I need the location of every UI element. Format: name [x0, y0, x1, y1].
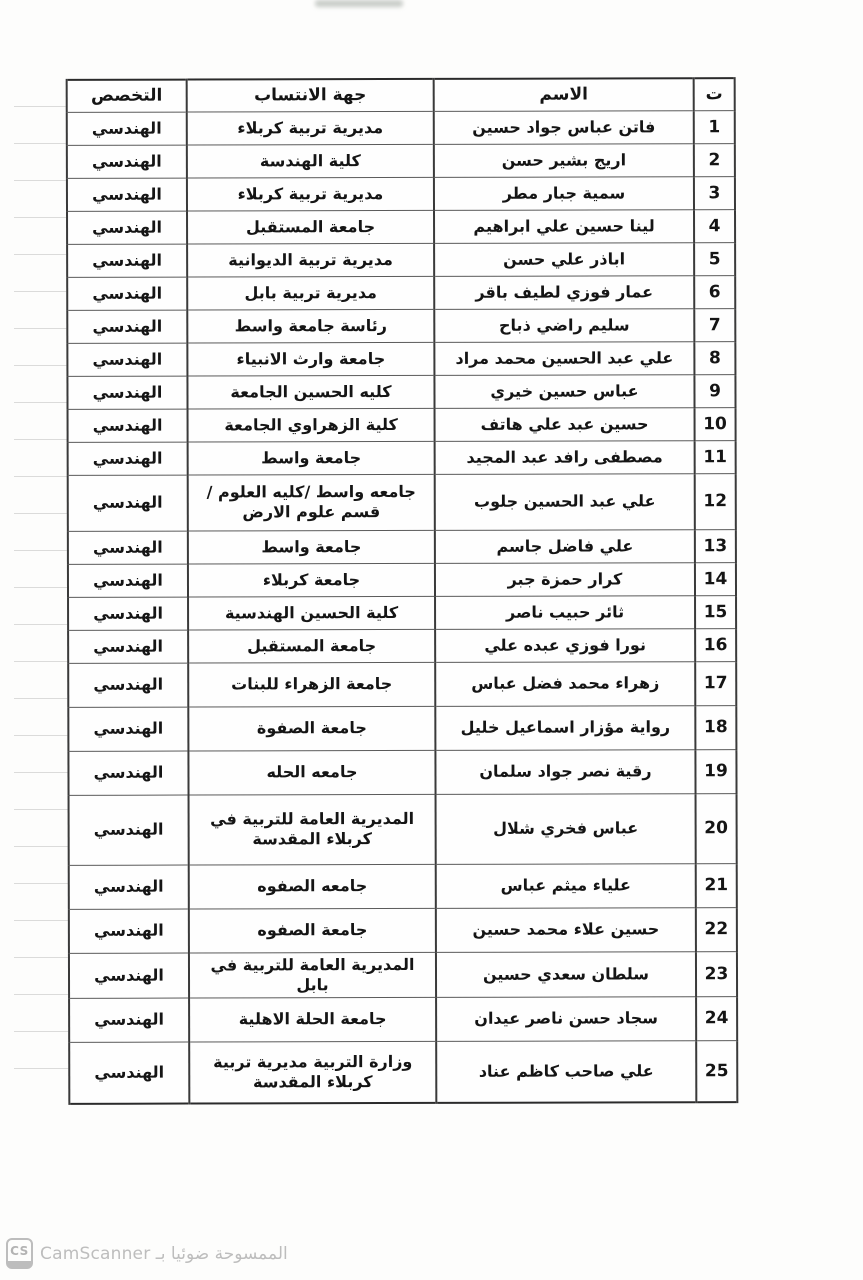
table-row: 7سليم راضي ذباحرئاسة جامعة واسطالهندسي	[67, 308, 735, 343]
cell-specialty: الهندسي	[67, 145, 187, 178]
cell-index: 16	[695, 628, 736, 661]
cell-index: 11	[695, 440, 736, 473]
cell-index: 12	[695, 473, 736, 529]
scanned-document: ت الاسم جهة الانتساب التخصص 1فاتن عباس ج…	[0, 0, 863, 1280]
cell-name: عمار فوزي لطيف باقر	[434, 275, 694, 309]
cell-index: 15	[695, 595, 736, 628]
cell-name: فاتن عباس جواد حسين	[434, 110, 694, 144]
cell-specialty: الهندسي	[67, 112, 187, 145]
cell-name: علياء ميثم عباس	[436, 863, 696, 908]
table-row: 18رواية مؤزار اسماعيل خليلجامعة الصفوةال…	[68, 705, 736, 751]
table-row: 14كرار حمزة جبرجامعة كربلاءالهندسي	[68, 562, 736, 597]
cell-name: رواية مؤزار اسماعيل خليل	[435, 705, 695, 750]
cell-name: علي عبد الحسين محمد مراد	[434, 341, 694, 375]
cell-specialty: الهندسي	[69, 865, 189, 909]
cell-index: 2	[694, 143, 735, 176]
cell-name: علي عبد الحسين جلوب	[435, 473, 695, 530]
cell-name: حسين علاء محمد حسين	[436, 907, 696, 952]
cell-affiliation: جامعة الصفوه	[189, 908, 436, 953]
camscanner-watermark-text: الممسوحة ضوئيا بـ CamScanner	[40, 1244, 288, 1264]
cell-name: ثائر حبيب ناصر	[435, 595, 695, 629]
cell-affiliation: المديرية العامة للتربية في كربلاء المقدس…	[189, 794, 436, 865]
cell-index: 13	[695, 529, 736, 562]
table-row: 3سمية جبار مطرمديرية تربية كربلاءالهندسي	[67, 176, 735, 211]
cell-index: 3	[694, 176, 735, 209]
cell-index: 8	[694, 341, 735, 374]
cell-affiliation: جامعه الصفوه	[189, 864, 436, 909]
cell-affiliation: جامعة الحلة الاهلية	[189, 997, 436, 1042]
table-row: 2اريج بشير حسنكلية الهندسةالهندسي	[67, 143, 735, 178]
cell-affiliation: جامعة المستقبل	[187, 210, 434, 244]
table-row: 19رقية نصر جواد سلمانجامعه الحلهالهندسي	[68, 749, 736, 795]
cell-affiliation: كلية الزهراوي الجامعة	[188, 408, 435, 442]
cell-affiliation: وزارة التربية مديرية تربية كربلاء المقدس…	[189, 1041, 436, 1104]
cell-affiliation: مديرية تربية بابل	[187, 276, 434, 310]
cell-affiliation: كليه الحسين الجامعة	[187, 375, 434, 409]
table-row: 11مصطفى رافد عبد المجيدجامعة واسطالهندسي	[68, 440, 736, 475]
cell-specialty: الهندسي	[67, 343, 187, 376]
camscanner-watermark: CS الممسوحة ضوئيا بـ CamScanner	[6, 1238, 288, 1269]
cell-specialty: الهندسي	[67, 211, 187, 244]
cell-specialty: الهندسي	[67, 376, 187, 409]
cell-name: علي صاحب كاظم عناد	[436, 1040, 696, 1103]
cell-affiliation: كلية الهندسة	[187, 144, 434, 178]
table-row: 5اباذر علي حسنمديرية تربية الديوانيةالهن…	[67, 242, 735, 277]
cell-affiliation: المديرية العامة للتربية في بابل	[189, 952, 436, 998]
cell-specialty: الهندسي	[67, 310, 187, 343]
cell-affiliation: جامعة الزهراء للبنات	[188, 662, 435, 707]
cell-name: سلطان سعدي حسين	[436, 951, 696, 997]
cell-affiliation: مديرية تربية كربلاء	[187, 177, 434, 211]
cell-affiliation: جامعة المستقبل	[188, 629, 435, 663]
cell-specialty: الهندسي	[68, 707, 188, 751]
header-name: الاسم	[434, 78, 694, 111]
cell-specialty: الهندسي	[68, 597, 188, 630]
roster-table-head: ت الاسم جهة الانتساب التخصص	[67, 78, 735, 112]
cell-affiliation: جامعة وارث الانبياء	[187, 342, 434, 376]
cell-index: 22	[696, 907, 737, 951]
cell-affiliation: جامعة كربلاء	[188, 563, 435, 597]
cell-specialty: الهندسي	[69, 795, 189, 865]
cell-index: 10	[695, 407, 736, 440]
table-row: 8علي عبد الحسين محمد مرادجامعة وارث الان…	[67, 341, 735, 376]
cell-index: 21	[696, 863, 737, 907]
cell-index: 14	[695, 562, 736, 595]
scan-artifact-margin-lines	[14, 106, 70, 1091]
cell-name: رقية نصر جواد سلمان	[435, 749, 695, 794]
cell-affiliation: مديرية تربية الديوانية	[187, 243, 434, 277]
cell-specialty: الهندسي	[67, 244, 187, 277]
cell-name: كرار حمزة جبر	[435, 562, 695, 596]
cell-index: 25	[696, 1040, 737, 1102]
cell-specialty: الهندسي	[67, 178, 187, 211]
cell-specialty: الهندسي	[68, 442, 188, 475]
table-row: 21علياء ميثم عباسجامعه الصفوهالهندسي	[69, 863, 737, 909]
cell-name: لينا حسين علي ابراهيم	[434, 209, 694, 243]
cell-specialty: الهندسي	[68, 630, 188, 663]
cell-index: 17	[695, 661, 736, 705]
cell-specialty: الهندسي	[69, 998, 189, 1042]
table-row: 6عمار فوزي لطيف باقرمديرية تربية بابلاله…	[67, 275, 735, 310]
cell-name: عباس فخري شلال	[436, 793, 696, 864]
cell-affiliation: جامعة الصفوة	[188, 706, 435, 751]
camscanner-logo-icon: CS	[6, 1238, 33, 1269]
table-row: 22حسين علاء محمد حسينجامعة الصفوهالهندسي	[69, 907, 737, 953]
table-row: 1فاتن عباس جواد حسينمديرية تربية كربلاءا…	[67, 110, 735, 145]
table-row: 16نورا فوزي عبده عليجامعة المستقبلالهندس…	[68, 628, 736, 663]
cell-name: زهراء محمد فضل عباس	[435, 661, 695, 706]
cell-name: نورا فوزي عبده علي	[435, 628, 695, 662]
table-row: 9عباس حسين خيريكليه الحسين الجامعةالهندس…	[67, 374, 735, 409]
cell-name: اريج بشير حسن	[434, 143, 694, 177]
cell-affiliation: جامعة واسط	[188, 441, 435, 475]
cell-index: 9	[694, 374, 735, 407]
cell-specialty: الهندسي	[68, 751, 188, 795]
cell-index: 6	[694, 275, 735, 308]
cell-affiliation: جامعه الحله	[188, 750, 435, 795]
table-row: 24سجاد حسن ناصر عيدانجامعة الحلة الاهلية…	[69, 996, 737, 1042]
roster-table: ت الاسم جهة الانتساب التخصص 1فاتن عباس ج…	[66, 77, 739, 1105]
table-row: 25علي صاحب كاظم عنادوزارة التربية مديرية…	[69, 1040, 737, 1104]
cell-specialty: الهندسي	[68, 531, 188, 564]
table-row: 4لينا حسين علي ابراهيمجامعة المستقبلالهن…	[67, 209, 735, 244]
cell-name: سجاد حسن ناصر عيدان	[436, 996, 696, 1041]
cell-specialty: الهندسي	[68, 409, 188, 442]
table-row: 12علي عبد الحسين جلوبجامعه واسط /كليه ال…	[68, 473, 736, 531]
cell-index: 20	[696, 793, 737, 863]
cell-name: علي فاضل جاسم	[435, 529, 695, 563]
table-row: 20عباس فخري شلالالمديرية العامة للتربية …	[69, 793, 737, 865]
cell-name: مصطفى رافد عبد المجيد	[435, 440, 695, 474]
cell-name: سمية جبار مطر	[434, 176, 694, 210]
cell-name: حسين عبد علي هاتف	[435, 407, 695, 441]
cell-specialty: الهندسي	[68, 663, 188, 707]
cell-name: سليم راضي ذباح	[434, 308, 694, 342]
roster-table-body: 1فاتن عباس جواد حسينمديرية تربية كربلاءا…	[67, 110, 738, 1104]
table-row: 15ثائر حبيب ناصركلية الحسين الهندسيةالهن…	[68, 595, 736, 630]
header-affiliation: جهة الانتساب	[187, 79, 434, 112]
cell-specialty: الهندسي	[68, 475, 188, 531]
table-row: 23سلطان سعدي حسينالمديرية العامة للتربية…	[69, 951, 737, 998]
header-specialty: التخصص	[67, 80, 187, 112]
cell-name: اباذر علي حسن	[434, 242, 694, 276]
cell-index: 7	[694, 308, 735, 341]
cell-index: 5	[694, 242, 735, 275]
table-row: 13علي فاضل جاسمجامعة واسطالهندسي	[68, 529, 736, 564]
cell-specialty: الهندسي	[68, 564, 188, 597]
cell-index: 23	[696, 951, 737, 996]
cell-specialty: الهندسي	[69, 1042, 189, 1104]
table-row: 17زهراء محمد فضل عباسجامعة الزهراء للبنا…	[68, 661, 736, 707]
cell-index: 24	[696, 996, 737, 1040]
cell-index: 4	[694, 209, 735, 242]
cell-index: 1	[694, 110, 735, 143]
header-row: ت الاسم جهة الانتساب التخصص	[67, 78, 735, 112]
header-index: ت	[694, 78, 735, 110]
page: { "page": { "background": "#fdfdfc" }, "…	[0, 0, 863, 1280]
table-row: 10حسين عبد علي هاتفكلية الزهراوي الجامعة…	[68, 407, 736, 442]
cell-affiliation: رئاسة جامعة واسط	[187, 309, 434, 343]
cell-affiliation: مديرية تربية كربلاء	[187, 111, 434, 145]
cell-specialty: الهندسي	[69, 909, 189, 953]
cell-affiliation: كلية الحسين الهندسية	[188, 596, 435, 630]
cell-specialty: الهندسي	[67, 277, 187, 310]
scan-artifact-smudge	[315, 0, 403, 7]
cell-name: عباس حسين خيري	[434, 374, 694, 408]
cell-index: 18	[695, 705, 736, 749]
cell-affiliation: جامعه واسط /كليه العلوم /قسم علوم الارض	[188, 474, 435, 531]
cell-index: 19	[695, 749, 736, 793]
cell-affiliation: جامعة واسط	[188, 530, 435, 564]
cell-specialty: الهندسي	[69, 953, 189, 998]
